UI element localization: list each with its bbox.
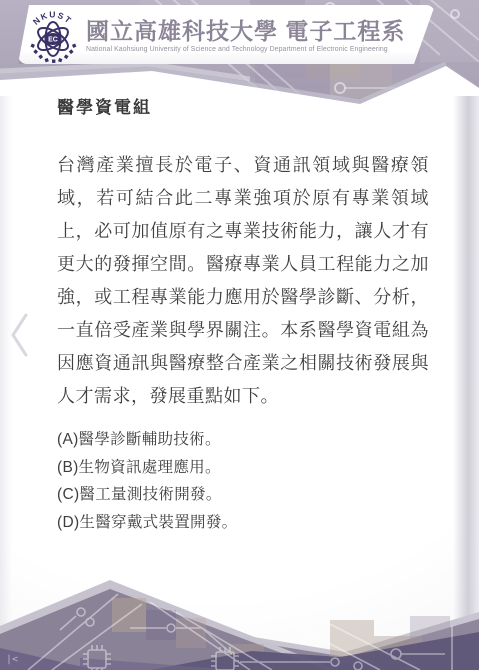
university-title-en: National Kaohsiung University of Science… <box>86 46 405 53</box>
list-item: (B)生物資訊處理應用。 <box>57 454 429 482</box>
intro-paragraph: 台灣產業擅長於電子、資通訊領域與醫療領域，若可結合此二專業強項於原有專業領域上，… <box>57 149 429 413</box>
carousel-prev-button[interactable] <box>8 312 32 358</box>
list-item: (D)生醫穿戴式裝置開發。 <box>57 509 429 537</box>
svg-text:EC: EC <box>48 37 58 44</box>
header-titles: 國立高雄科技大學 電子工程系 National Kaohsiung Univer… <box>86 16 405 53</box>
university-title-zh: 國立高雄科技大學 電子工程系 <box>86 18 405 44</box>
header-banner: NKUST EC 國立高雄科技大學 電子工程系 <box>18 5 435 64</box>
svg-text:NKUST: NKUST <box>31 9 74 26</box>
chevron-left-icon <box>8 312 32 358</box>
content-page: 醫學資電組 台灣產業擅長於電子、資通訊領域與醫療領域，若可結合此二專業強項於原有… <box>0 0 479 670</box>
page-root: 醫學資電組 台灣產業擅長於電子、資通訊領域與醫療領域，若可結合此二專業強項於原有… <box>0 0 479 670</box>
content-area: 醫學資電組 台灣產業擅長於電子、資通訊領域與醫療領域，若可結合此二專業強項於原有… <box>57 93 429 536</box>
development-list: (A)醫學診斷輔助技術。(B)生物資訊處理應用。(C)醫工量測技術開發。(D)生… <box>57 426 429 536</box>
nkust-ec-logo-icon: NKUST EC <box>25 6 81 64</box>
list-item: (A)醫學診斷輔助技術。 <box>57 426 429 454</box>
list-item: (C)醫工量測技術開發。 <box>57 481 429 509</box>
